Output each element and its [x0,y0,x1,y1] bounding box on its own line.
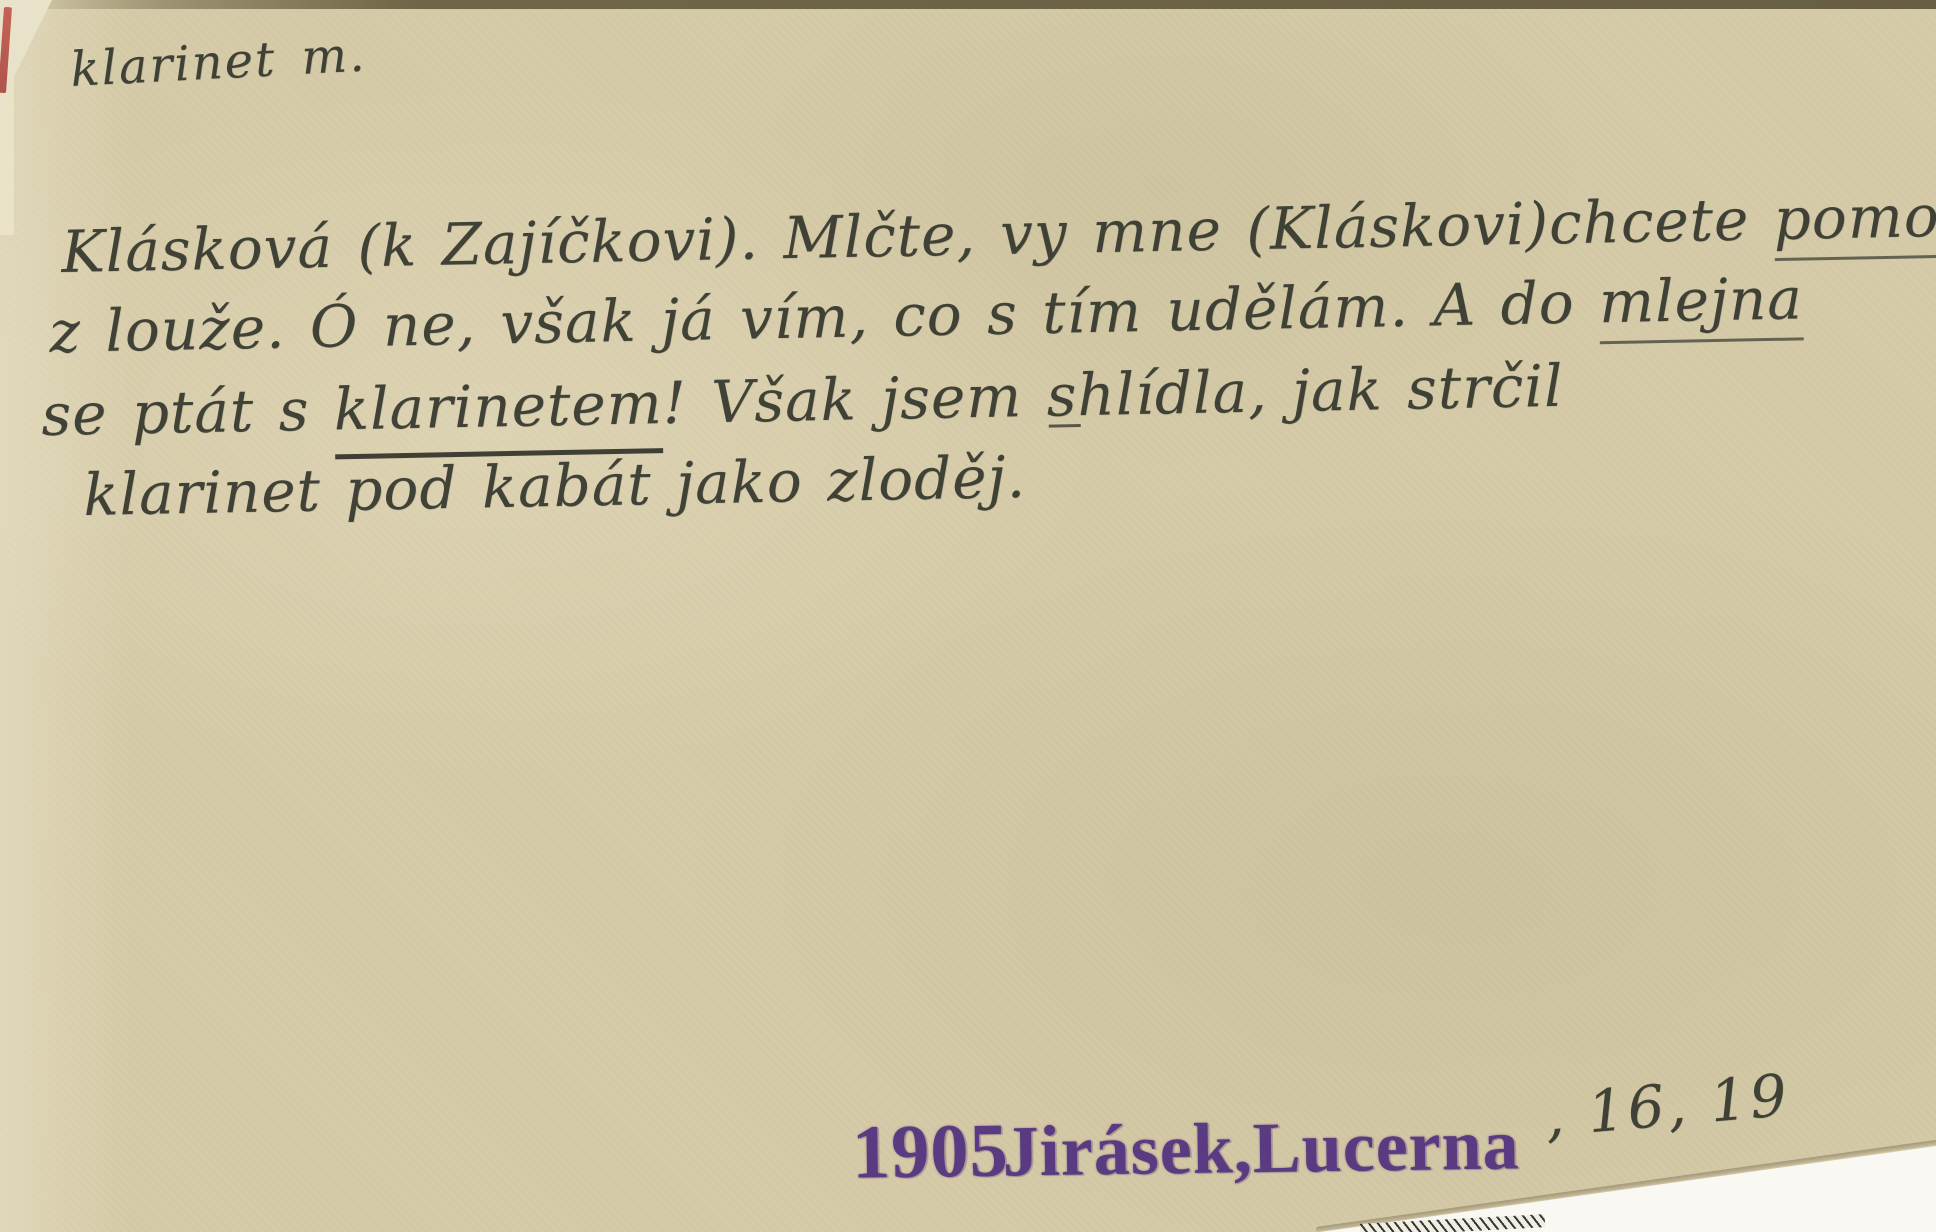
underlined-word: mlejna [1598,264,1803,344]
scanned-excerpt-card: klarinet m. Klásková (k Zajíčkovi). Mlčt… [0,0,1936,1232]
stamp-source: Jirásek,Lucerna [1002,1104,1520,1191]
scan-top-edge [0,0,1936,9]
reference-numbers: , 16, 19 [1542,1061,1792,1150]
card-headword: klarinet m. [69,27,368,98]
underlined-word: klarinetem [333,369,663,459]
text-segment: ! Však jsem [662,362,1047,437]
text-segment: klarinet pod kabát jako zloděj. [83,443,1027,529]
marked-word: shlídla [1046,358,1249,430]
catalog-stamp: 1905Jirásek,Lucerna [851,1099,1520,1196]
excerpt-line-3: se ptát s klarinetem! Však jsem shlídla,… [41,352,1564,449]
text-segment: z louže. Ó ne, však já vím, co s tím udě… [49,268,1600,366]
text-segment: se ptát s [41,375,335,449]
excerpt-line-4: klarinet pod kabát jako zloděj. [83,443,1027,529]
underlined-word: pomoct [1773,181,1936,261]
text-segment: , jak strčil [1247,352,1564,426]
stamp-year: 1905 [851,1107,1009,1194]
